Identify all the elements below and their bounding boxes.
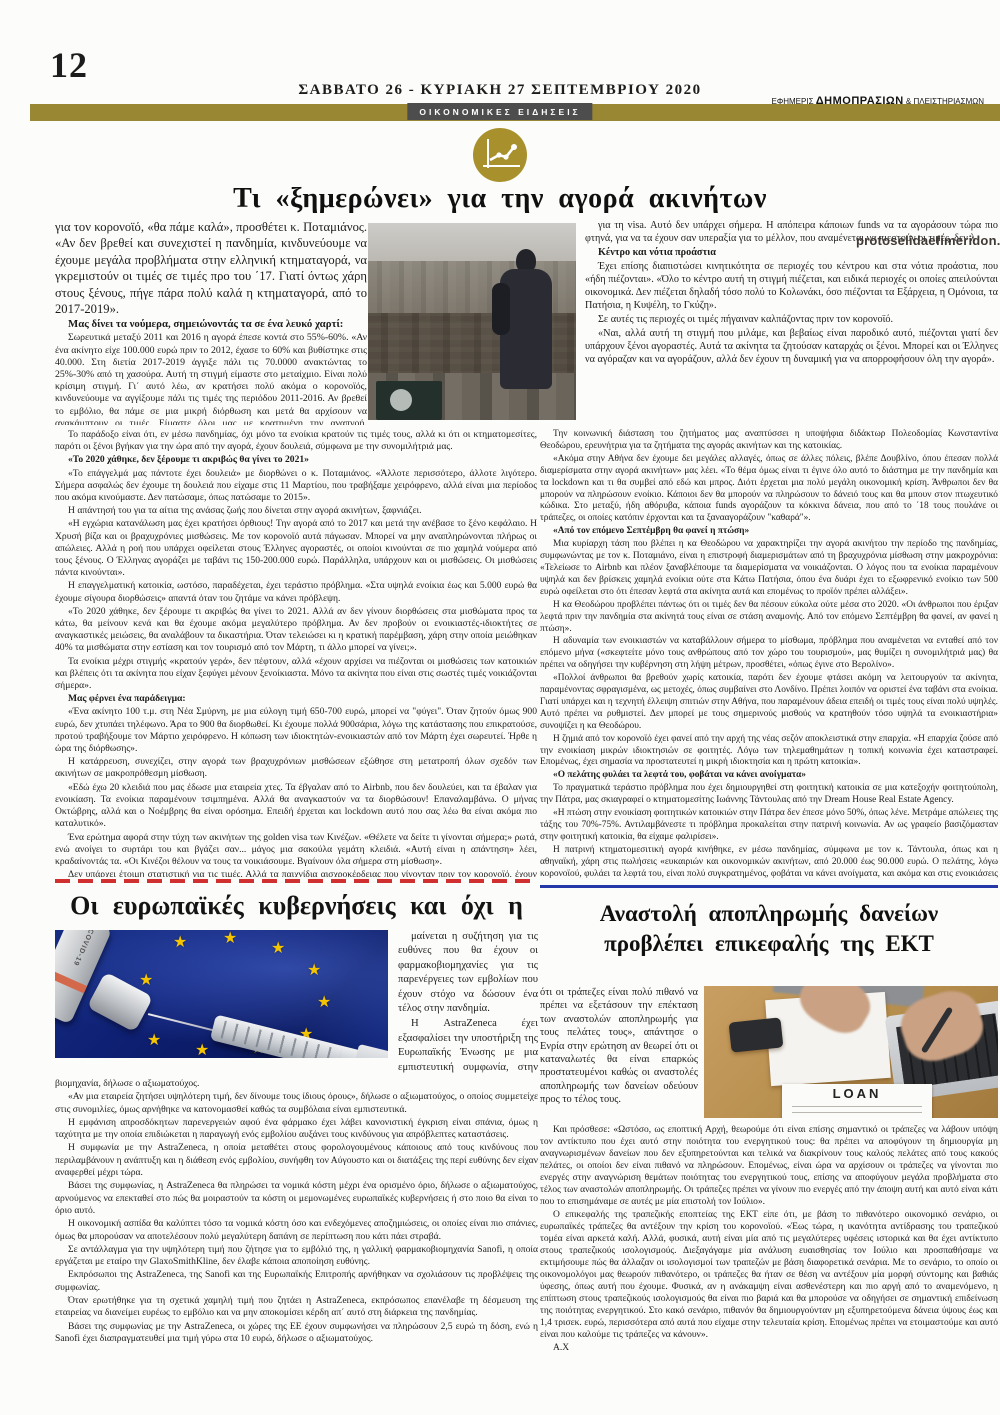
paragraph: Σε αντάλλαγμα για την υψηλότερη τιμή που… — [55, 1244, 538, 1269]
paragraph: Η επαγγελματική κατοικία, ωστόσο, παραδέ… — [55, 580, 537, 604]
eu-star-icon: ★ — [139, 970, 153, 989]
paragraph: Ο επικεφαλής της τραπεζικής εποπτείας τη… — [540, 1209, 998, 1341]
cityscape-sign-circle — [390, 389, 412, 411]
paragraph: Ένα ερώτημα αφορά στην τύχη των ακινήτων… — [55, 832, 537, 869]
paragraph: Σε αυτές τις περιοχές οι τιμές πήγαιναν … — [585, 313, 998, 326]
subhead: Μας δίνει τα νούμερα, σημειώνοντάς τα σε… — [55, 318, 367, 331]
vial-label: COVID-19 — [60, 930, 94, 978]
paragraph: Δεν υπάρχει έτοιμη στατιστική για τις τι… — [55, 869, 537, 877]
eu-star-icon: ★ — [195, 1040, 209, 1058]
paragraph: Βάσει της συμφωνίας, η AstraZeneca θα πλ… — [55, 1180, 538, 1217]
paragraph: Η AstraZeneca έχει εξασφαλίσει την υποστ… — [398, 1017, 538, 1076]
paragraph: Η εμφάνιση απροσδόκητων παρενεργειών αφο… — [55, 1117, 538, 1142]
page-number: 12 — [50, 44, 88, 86]
paragraph: Την κοινωνική διάσταση του ζητήματος μας… — [540, 429, 998, 453]
paragraph: για τον κορονοϊό, «θα πάμε καλά», προσθέ… — [55, 219, 367, 317]
paragraph: «Ένα ακίνητο 100 τ.μ. στη Νέα Σμύρνη, με… — [55, 706, 537, 755]
paragraph: μαίνεται η συζήτηση για τις ευθύνες που … — [398, 930, 538, 1016]
paragraph: Τα ενοίκια μέχρι στιγμής «κρατούν γερά»,… — [55, 656, 537, 693]
eu-star-icon: ★ — [147, 1030, 161, 1049]
loan-document-lines — [792, 1103, 922, 1118]
main-article-headline: Τι «ξημερώνει» για την αγορά ακινήτων — [0, 183, 1000, 215]
person-silhouette — [492, 249, 558, 420]
chart-icon — [473, 128, 527, 182]
red-dashed-divider — [55, 879, 538, 883]
syringe-scale-marks — [221, 1021, 342, 1058]
paragraph: «Η εγχώρια κατανάλωση μας έχει κρατήσει … — [55, 518, 537, 579]
vaccine-article-body: βιομηχανία, δήλωσε ο αξιωματούχος. «Αν μ… — [55, 1078, 538, 1358]
main-article-column-2-bottom: Την κοινωνική διάσταση του ζητήματος μας… — [540, 429, 998, 879]
paragraph: Το παράδοξο είναι ότι, εν μέσω πανδημίας… — [55, 429, 537, 453]
paragraph: Έχει επίσης διαπιστώσει κινητικότητα σε … — [585, 260, 998, 312]
line-chart-icon — [473, 128, 527, 182]
paragraph: Η κα Θεοδώρου προβλέπει πάντως ότι οι τι… — [540, 600, 998, 636]
person-backpack — [492, 283, 510, 335]
main-article-column-2-top: για τη visa. Αυτό δεν υπάρχει σήμερα. Η … — [585, 219, 998, 427]
eu-star-icon: ★ — [223, 930, 237, 947]
paragraph: «Το επάγγελμά μας πάντοτε έχει δουλειά» … — [55, 468, 537, 505]
ecb-article-side-column: ότι οι τράπεζες είναι πολύ πιθανό να πρέ… — [540, 986, 698, 1120]
ecb-article-headline: Αναστολή αποπληρωμής δανείων προβλέπει ε… — [540, 899, 998, 960]
syringe-barrel — [210, 1014, 379, 1058]
syringe-plunger — [350, 1044, 388, 1058]
photo-eu-flag-syringe: ★ ★ ★ ★ ★ ★ ★ ★ ★ ★ COVID-19 — [55, 930, 388, 1058]
paragraph: «Ναι, αλλά αυτή τη στιγμή που μιλάμε, κα… — [585, 327, 998, 366]
paragraph: Η κατάρρευση, συνεχίζει, στην αγορά των … — [55, 756, 537, 780]
paragraph: Η πατρινή κτηματομεσιτική αγορά κινήθηκε… — [540, 845, 998, 879]
subhead: «Από τον επόμενο Σεπτέμβρη θα φανεί η πτ… — [540, 526, 998, 538]
paragraph: ότι οι τράπεζες είναι πολύ πιθανό να πρέ… — [540, 986, 698, 1107]
subhead: «Το 2020 χάθηκε, δεν ξέρουμε τι ακριβώς … — [55, 454, 537, 466]
paragraph: Και πρόσθεσε: «Ωστόσο, ως εποπτική Αρχή,… — [540, 1124, 998, 1208]
paragraph: βιομηχανία, δήλωσε ο αξιωματούχος. — [55, 1078, 538, 1090]
paragraph: «Η πτώση στην ενοικίαση φοιτητικών κατοι… — [540, 808, 998, 844]
vaccine-article-side-column: μαίνεται η συζήτηση για τις ευθύνες που … — [398, 930, 538, 1076]
paragraph: Σωρευτικά μεταξύ 2011 και 2016 η αγορά έ… — [55, 332, 367, 425]
paragraph: Η συμφωνία με την AstraZeneca, η οποία μ… — [55, 1142, 538, 1179]
paragraph: «Πολλοί άνθρωποι θα βρεθούν χωρίς κατοικ… — [540, 673, 998, 733]
paragraph: Μια κυρίαρχη τάση που βλέπει η κα Θεοδώρ… — [540, 539, 998, 599]
eu-star-icon: ★ — [173, 932, 187, 951]
loan-document: LOAN — [782, 1084, 932, 1118]
ecb-headline-line1: Αναστολή αποπληρωμής δανείων — [540, 899, 998, 929]
loan-document-title: LOAN — [782, 1086, 932, 1101]
paragraph: Βάσει της συμφωνίας με την AstraZeneca, … — [55, 1321, 538, 1346]
blue-divider — [540, 885, 998, 888]
paragraph: Εκπρόσωποι της AstraZeneca, της Sanofi κ… — [55, 1269, 538, 1294]
paragraph: Η αδυναμία των ενοικιαστών να καταβάλλου… — [540, 636, 998, 672]
paragraph: «Ακόμα στην Αθήνα δεν έχουμε δει μεγάλες… — [540, 454, 998, 525]
subhead: Μας φέρνει ένα παράδειγμα: — [55, 693, 537, 705]
paragraph: Η ζημιά από τον κορονοϊό έχει φανεί από … — [540, 734, 998, 770]
smartphone — [729, 1017, 784, 1052]
paragraph: Η απάντησή του για τα αίτια της ανάσας ζ… — [55, 505, 537, 517]
website-watermark: protoselidaefimeridon.gr — [856, 233, 1000, 248]
eu-star-icon: ★ — [307, 960, 321, 979]
paragraph: Όταν ερωτήθηκε για τη σχετικά χαμηλή τιμ… — [55, 1295, 538, 1320]
paragraph: Η οικονομική ασπίδα θα καλύπτει τόσο τα … — [55, 1218, 538, 1243]
ecb-headline-line2: προβλέπει επικεφαλής της ΕΚΤ — [540, 929, 998, 959]
main-article-column-1-top: για τον κορονοϊό, «θα πάμε καλά», προσθέ… — [55, 219, 367, 425]
eu-star-icon: ★ — [317, 992, 331, 1011]
photo-athens-cityscape — [368, 223, 576, 420]
paragraph: Το πραγματικά τεράστιο πρόβλημα που έχει… — [540, 783, 998, 807]
subhead: «Ο πελάτης φυλάει τα λεφτά του, φοβάται … — [540, 770, 998, 782]
section-banner: ΟΙΚΟΝΟΜΙΚΕΣ ΕΙΔΗΣΕΙΣ — [407, 103, 592, 120]
paragraph: «Το 2020 χάθηκε, δεν ξέρουμε τι ακριβώς … — [55, 606, 537, 655]
author-byline: Α.Χ — [540, 1342, 998, 1354]
paragraph: «Εδώ έχω 20 κλειδιά που μας έδωσε μια ετ… — [55, 782, 537, 831]
vaccine-article-headline: Οι ευρωπαϊκές κυβερνήσεις και όχι η — [55, 891, 538, 921]
eu-star-icon: ★ — [271, 938, 285, 957]
paragraph: «Αν μια εταιρεία ζητήσει υψηλότερη τιμή,… — [55, 1091, 538, 1116]
ecb-article-body: Και πρόσθεσε: «Ωστόσο, ως εποπτική Αρχή,… — [540, 1124, 998, 1362]
photo-loan-desk: LOAN — [704, 986, 998, 1118]
main-article-column-1-bottom: Το παράδοξο είναι ότι, εν μέσω πανδημίας… — [55, 429, 537, 877]
